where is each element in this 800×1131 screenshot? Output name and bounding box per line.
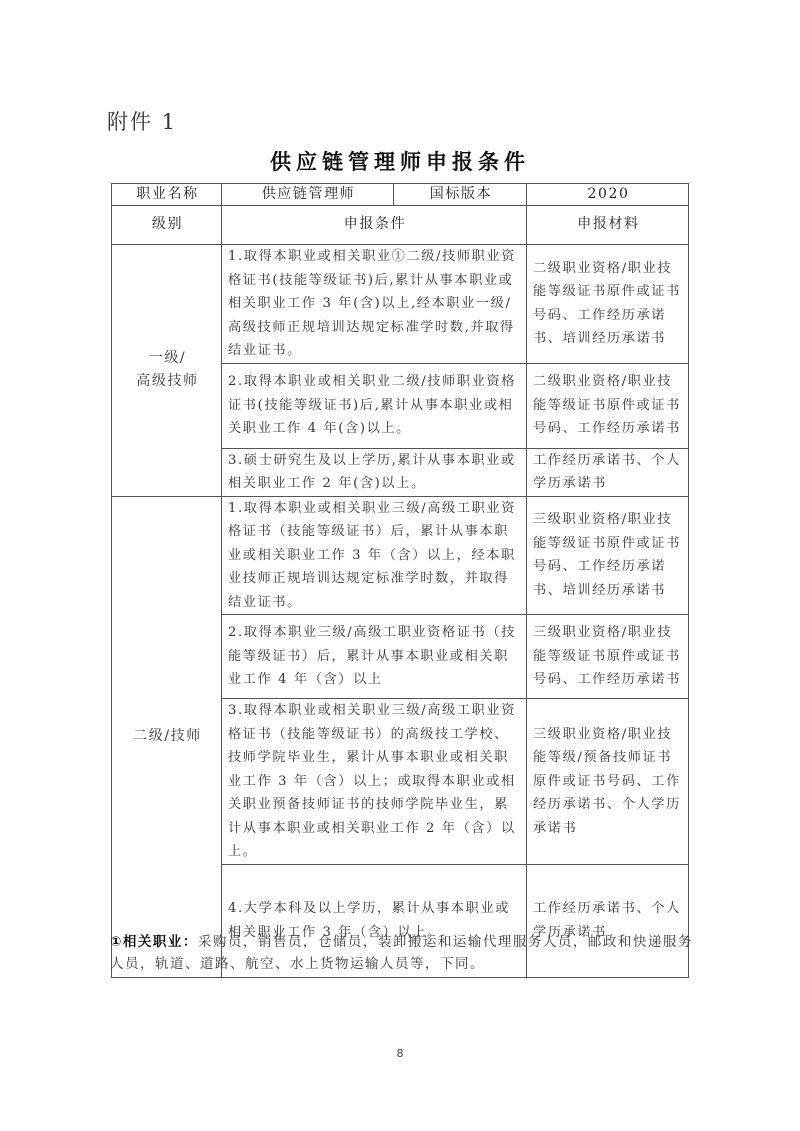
attachment-label: 附件 1 bbox=[107, 106, 177, 136]
condition-cell: 3.取得本职业或相关职业三级/高级工职业资格证书（技能等级证书）的高级技工学校、… bbox=[222, 699, 527, 865]
condition-cell: 3.硕士研究生及以上学历,累计从事本职业或相关职业工作 2 年(含)以上。 bbox=[222, 448, 527, 496]
table-row: 二级/技师 1.取得本职业或相关职业三级/高级工职业资格证书（技能等级证书）后，… bbox=[112, 496, 689, 615]
level-cell-first: 一级/ 高级技师 bbox=[112, 245, 222, 497]
standard-version-value: 2020 bbox=[527, 184, 689, 206]
condition-cell: 2.取得本职业三级/高级工职业资格证书（技能等级证书）后，累计从事本职业或相关职… bbox=[222, 615, 527, 699]
requirements-table: 职业名称 供应链管理师 国标版本 2020 级别 申报条件 申报材料 一级/ 高… bbox=[111, 183, 689, 978]
material-cell: 三级职业资格/职业技能等级证书原件或证书号码、工作经历承诺书、培训经历承诺书 bbox=[527, 496, 689, 615]
level-cell-second: 二级/技师 bbox=[112, 496, 222, 977]
page-number: 8 bbox=[0, 1047, 800, 1060]
material-cell: 三级职业资格/职业技能等级证书原件或证书号码、工作经历承诺书 bbox=[527, 615, 689, 699]
material-cell: 三级职业资格/职业技能等级/预备技师证书原件或证书号码、工作经历承诺书、个人学历… bbox=[527, 699, 689, 865]
occupation-name-value: 供应链管理师 bbox=[222, 184, 394, 206]
standard-version-label: 国标版本 bbox=[394, 184, 527, 206]
condition-cell: 1.取得本职业或相关职业①二级/技师职业资格证书(技能等级证书)后,累计从事本职… bbox=[222, 245, 527, 364]
header-row-occupation: 职业名称 供应链管理师 国标版本 2020 bbox=[112, 184, 689, 206]
condition-cell: 2.取得本职业或相关职业二级/技师职业资格证书(技能等级证书)后,累计从事本职业… bbox=[222, 363, 527, 448]
column-header-materials: 申报材料 bbox=[527, 206, 689, 245]
table-row: 一级/ 高级技师 1.取得本职业或相关职业①二级/技师职业资格证书(技能等级证书… bbox=[112, 245, 689, 364]
footnote-text: 采购员，销售员，仓储员，装卸搬运和运输代理服务人员，邮政和快递服务人员，轨道、道… bbox=[110, 934, 693, 972]
material-cell: 二级职业资格/职业技能等级证书原件或证书号码、工作经历承诺书 bbox=[527, 363, 689, 448]
document-title: 供应链管理师申报条件 bbox=[0, 146, 800, 176]
footnote-label: ①相关职业： bbox=[110, 934, 198, 950]
column-header-level: 级别 bbox=[112, 206, 222, 245]
material-cell: 二级职业资格/职业技能等级证书原件或证书号码、工作经历承诺书、培训经历承诺书 bbox=[527, 245, 689, 364]
column-header-conditions: 申报条件 bbox=[222, 206, 527, 245]
footnote: ①相关职业：采购员，销售员，仓储员，装卸搬运和运输代理服务人员，邮政和快递服务人… bbox=[110, 931, 695, 975]
occupation-name-label: 职业名称 bbox=[112, 184, 222, 206]
header-row-columns: 级别 申报条件 申报材料 bbox=[112, 206, 689, 245]
material-cell: 工作经历承诺书、个人学历承诺书 bbox=[527, 448, 689, 496]
condition-cell: 1.取得本职业或相关职业三级/高级工职业资格证书（技能等级证书）后，累计从事本职… bbox=[222, 496, 527, 615]
